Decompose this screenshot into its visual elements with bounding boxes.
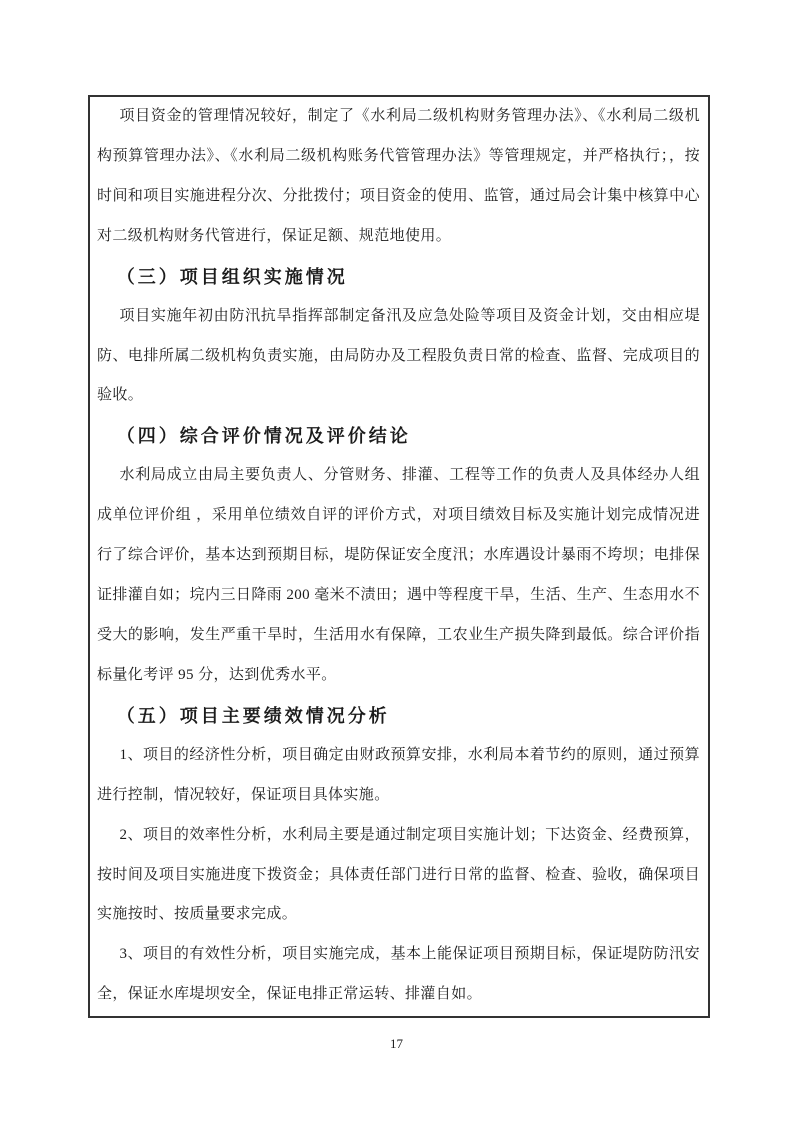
page-number: 17: [0, 1036, 793, 1052]
report-table-cell: 项目资金的管理情况较好，制定了《水利局二级机构财务管理办法》、《水利局二级机构预…: [88, 95, 710, 1018]
paragraph-evaluation: 水利局成立由局主要负责人、分管财务、排灌、工程等工作的负责人及具体经办人组成单位…: [97, 456, 700, 695]
section-heading-organization: （三）项目组织实施情况: [97, 257, 700, 297]
paragraph-fund-management: 项目资金的管理情况较好，制定了《水利局二级机构财务管理办法》、《水利局二级机构预…: [97, 97, 700, 257]
document-page: 项目资金的管理情况较好，制定了《水利局二级机构财务管理办法》、《水利局二级机构预…: [0, 0, 793, 1122]
paragraph-efficiency-analysis: 2、项目的效率性分析，水利局主要是通过制定项目实施计划；下达资金、经费预算，按时…: [97, 816, 700, 936]
paragraph-economy-analysis: 1、项目的经济性分析，项目确定由财政预算安排，水利局本着节约的原则，通过预算进行…: [97, 736, 700, 816]
paragraph-effectiveness-analysis: 3、项目的有效性分析，项目实施完成，基本上能保证项目预期目标，保证堤防防汛安全，…: [97, 935, 700, 1015]
paragraph-organization: 项目实施年初由防汛抗旱指挥部制定备汛及应急处险等项目及资金计划，交由相应堤防、电…: [97, 297, 700, 417]
section-heading-evaluation: （四）综合评价情况及评价结论: [97, 416, 700, 456]
section-heading-performance-analysis: （五）项目主要绩效情况分析: [97, 696, 700, 736]
